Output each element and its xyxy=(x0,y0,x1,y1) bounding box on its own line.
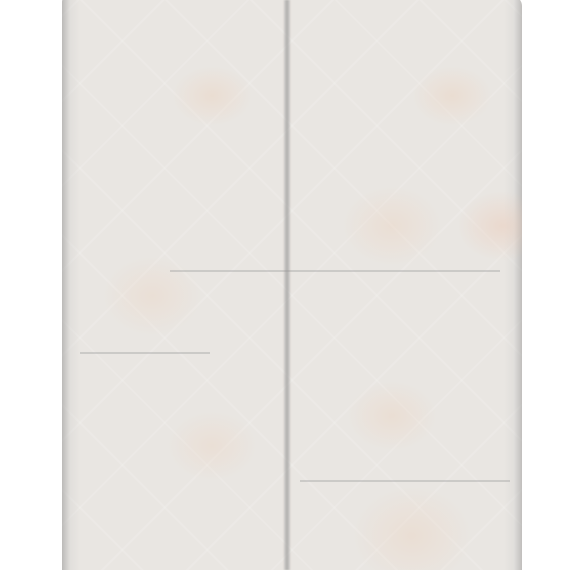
rug-weave-line xyxy=(170,270,500,272)
rug-center-seam xyxy=(283,0,291,570)
rug xyxy=(62,0,522,570)
rug-weave-line xyxy=(80,352,210,354)
rug-weave-line xyxy=(300,480,510,482)
